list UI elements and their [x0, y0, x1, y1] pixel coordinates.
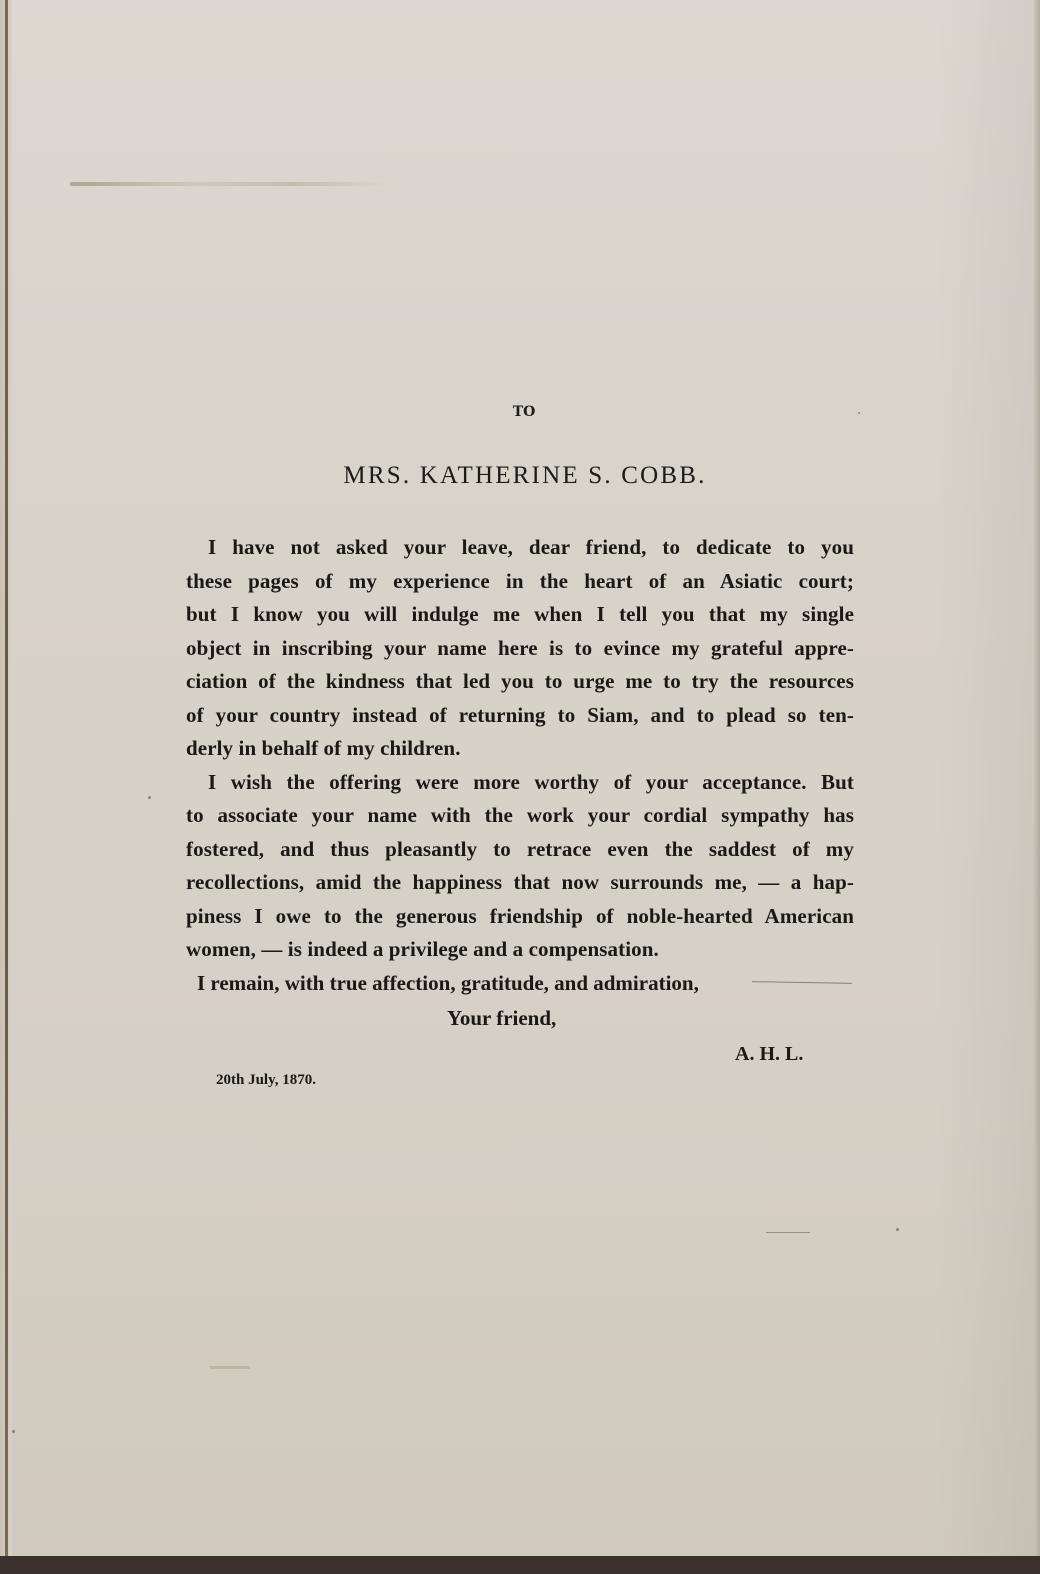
text-line: these pages of my experience in the hear… [186, 565, 854, 599]
text-line: women, — is indeed a privilege and a com… [186, 933, 854, 967]
ink-speck [896, 1228, 899, 1231]
paragraph-2: I wish the offering were more worthy of … [186, 766, 854, 967]
faint-pencil-line [766, 1232, 810, 1233]
page-right-edge [1034, 0, 1040, 1556]
ink-speck [148, 796, 151, 799]
text-line: piness I owe to the generous friendship … [186, 900, 854, 934]
dedicatee-name: MRS. KATHERINE S. COBB. [0, 462, 1040, 490]
dedication-date: 20th July, 1870. [216, 1072, 316, 1089]
text-line: I wish the offering were more worthy of … [186, 766, 854, 800]
background-surface [0, 1556, 1040, 1574]
paragraph-1: I have not asked your leave, dear friend… [186, 531, 854, 766]
page-smudge [70, 182, 390, 186]
text-line: ciation of the kindness that led you to … [186, 665, 854, 699]
dedication-to-label: TO [0, 404, 1040, 420]
faint-pencil-line [752, 981, 852, 984]
signoff: Your friend, [447, 1006, 556, 1031]
text-line: but I know you will indulge me when I te… [186, 598, 854, 632]
text-line: I have not asked your leave, dear friend… [186, 531, 854, 565]
page-smudge [210, 1366, 250, 1369]
author-initials: A. H. L. [735, 1043, 803, 1066]
ink-speck [12, 1430, 15, 1433]
text-line: of your country instead of returning to … [186, 699, 854, 733]
closing-line: I remain, with true affection, gratitude… [197, 971, 699, 996]
text-line: recollections, amid the happiness that n… [186, 866, 854, 900]
book-page: TO MRS. KATHERINE S. COBB. I have not as… [0, 0, 1040, 1556]
text-line: derly in behalf of my children. [186, 732, 854, 766]
book-spine-edge [5, 0, 8, 1556]
dedication-body: I have not asked your leave, dear friend… [186, 531, 854, 967]
text-line: fostered, and thus pleasantly to retrace… [186, 833, 854, 867]
text-line: object in inscribing your name here is t… [186, 632, 854, 666]
text-line: to associate your name with the work you… [186, 799, 854, 833]
